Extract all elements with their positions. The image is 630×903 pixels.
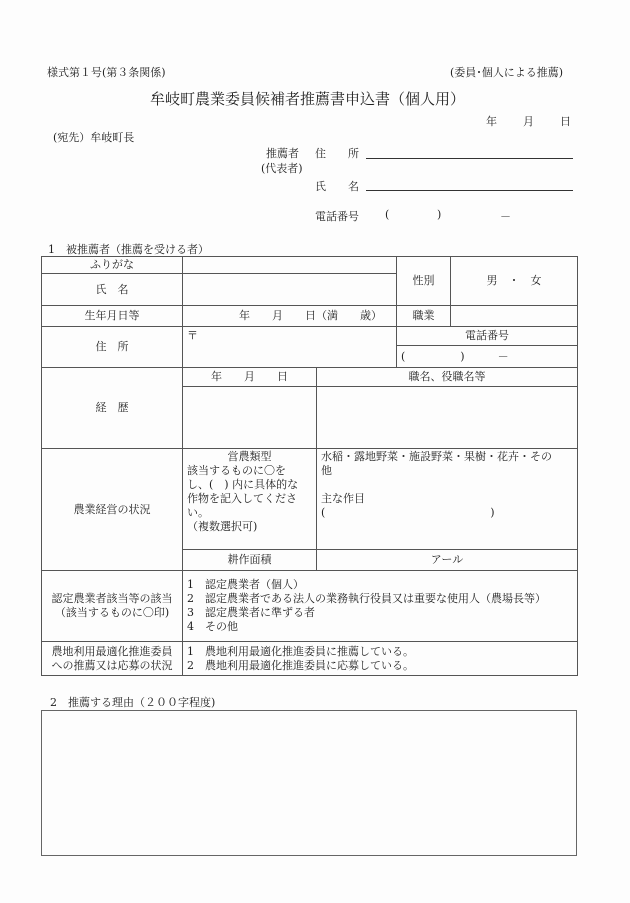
farming-types-line-1[interactable]: 水稲・露地野菜・施設野菜・果樹・花卉・その [321, 450, 573, 464]
certified-option-3[interactable]: 3 認定農業者に準ずる者 [187, 606, 573, 620]
section2-heading: 2 推薦する理由（２００字程度) [50, 694, 215, 710]
form-number: 様式第１号(第３条関係) [47, 64, 166, 80]
recommender-address-field[interactable] [366, 158, 573, 159]
main-crop-field[interactable]: ( ) [321, 506, 573, 520]
certified-label: 認定農業者該当等の該当 （該当するものに〇印) [42, 571, 183, 642]
certified-label-line-2: （該当するものに〇印) [44, 606, 180, 620]
date-month: 月 [523, 113, 534, 129]
cultivated-area-field[interactable]: アール [317, 550, 578, 571]
page-title: 牟岐町農業委員候補者推薦書申込書（個人用） [150, 88, 465, 109]
farming-type-options[interactable]: 水稲・露地野菜・施設野菜・果樹・花卉・その 他 主な作目 ( ) [317, 449, 578, 550]
certified-option-2[interactable]: 2 認定農業者である法人の業務執行役員又は重要な使用人（農場長等） [187, 592, 573, 606]
recommender-phone-label: 電話番号 [315, 208, 359, 224]
career-title-field[interactable] [317, 387, 578, 449]
recommender-name-field[interactable] [366, 190, 573, 191]
recommender-phone-open: ( [385, 208, 389, 221]
phone-label: 電話番号 [397, 327, 578, 346]
phone-field[interactable]: ( ) － [397, 346, 578, 368]
farming-label: 農業経営の状況 [42, 449, 183, 571]
recommender-phone-dash: － [500, 208, 511, 224]
gender-label: 性別 [397, 257, 451, 306]
cultivated-area-label: 耕作面積 [183, 550, 317, 571]
name-label: 氏 名 [42, 274, 183, 306]
form-type: (委員･個人による推薦) [450, 64, 563, 80]
certified-options: 1 認定農業者（個人） 2 認定農業者である法人の業務執行役員又は重要な使用人（… [183, 571, 578, 642]
section1-heading: 1 被推薦者（推薦を受ける者） [48, 241, 209, 257]
promotion-option-1[interactable]: 1 農地利用最適化推進委員に推薦している。 [187, 645, 573, 659]
reason-field[interactable] [41, 710, 577, 856]
furigana-field[interactable] [183, 257, 397, 274]
furigana-label: ふりがな [42, 257, 183, 274]
promotion-label-line-1: 農地利用最適化推進委員 [44, 645, 180, 659]
promotion-label-line-2: への推薦又は応募の状況 [44, 659, 180, 673]
recommender-sublabel: (代表者) [261, 160, 303, 176]
promotion-option-2[interactable]: 2 農地利用最適化推進委員に応募している。 [187, 659, 573, 673]
farming-instruction-2: し、( ) 内に具体的な [187, 478, 312, 492]
certified-label-line-1: 認定農業者該当等の該当 [44, 592, 180, 606]
occupation-label: 職業 [397, 306, 451, 327]
farming-instruction-5: （複数選択可) [187, 520, 312, 534]
postal-mark: 〒 [187, 329, 198, 342]
promotion-label: 農地利用最適化推進委員 への推薦又は応募の状況 [42, 642, 183, 676]
career-title-header: 職名、役職名等 [317, 368, 578, 387]
certified-option-4[interactable]: 4 その他 [187, 620, 573, 634]
farming-instruction-3: 作物を記入してくださ [187, 492, 312, 506]
gender-options[interactable]: 男 ・ 女 [451, 257, 578, 306]
nominee-table: ふりがな 性別 男 ・ 女 氏 名 生年月日等 年 月 日（満 歳） 職業 住 … [41, 256, 578, 676]
farming-instruction-1: 該当するものに〇を [187, 464, 312, 478]
farming-instruction-4: い。 [187, 506, 312, 520]
addressee: (宛先）牟岐町長 [53, 129, 134, 145]
career-label: 経 歴 [42, 368, 183, 449]
main-crop-label: 主な作目 [321, 492, 573, 506]
recommender-name-label: 氏 名 [315, 178, 359, 194]
address-field[interactable]: 〒 [183, 327, 397, 368]
birth-field[interactable]: 年 月 日（満 歳） [183, 306, 397, 327]
recommender-label: 推薦者 [266, 145, 299, 161]
career-date-field[interactable] [183, 387, 317, 449]
certified-option-1[interactable]: 1 認定農業者（個人） [187, 578, 573, 592]
date-year: 年 [486, 113, 497, 129]
recommender-address-label: 住 所 [315, 145, 359, 161]
occupation-field[interactable] [451, 306, 578, 327]
name-field[interactable] [183, 274, 397, 306]
birth-label: 生年月日等 [42, 306, 183, 327]
career-date-header: 年 月 日 [183, 368, 317, 387]
farming-type-title: 営農類型 [187, 450, 312, 464]
farming-types-line-2[interactable]: 他 [321, 464, 573, 478]
promotion-options: 1 農地利用最適化推進委員に推薦している。 2 農地利用最適化推進委員に応募して… [183, 642, 578, 676]
address-label: 住 所 [42, 327, 183, 368]
farming-type-cell: 営農類型 該当するものに〇を し、( ) 内に具体的な 作物を記入してくださ い… [183, 449, 317, 550]
date-day: 日 [560, 113, 571, 129]
recommender-phone-close: ) [437, 208, 441, 221]
